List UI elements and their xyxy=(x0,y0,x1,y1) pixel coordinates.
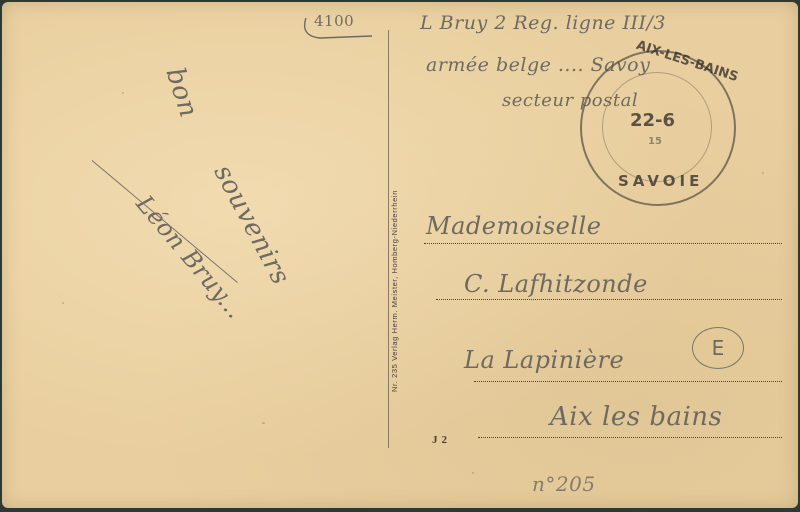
postcard-back: 4100 Nr. 235 Verlag Herm. Meister, Hombe… xyxy=(2,2,798,508)
paper-speck xyxy=(472,472,474,474)
postmark: AIX-LES-BAINS 22-6 15 SAVOIE xyxy=(580,50,736,206)
message-line-2: souvenirs xyxy=(208,160,296,290)
underline-swoosh-icon xyxy=(298,16,378,44)
address-rule-3 xyxy=(474,381,782,382)
postmark-department: SAVOIE xyxy=(618,172,703,190)
recipient-line-3: La Lapinière xyxy=(464,346,624,374)
postmark-date: 22-6 xyxy=(630,110,675,131)
address-rule-1 xyxy=(424,243,782,244)
paper-speck xyxy=(122,92,124,94)
paper-speck xyxy=(762,172,764,174)
printed-code: J 2 xyxy=(432,434,448,446)
paper-speck xyxy=(262,422,265,424)
center-divider xyxy=(388,30,389,448)
publisher-imprint: Nr. 235 Verlag Herm. Meister, Homberg-Ni… xyxy=(390,190,399,392)
paper-speck xyxy=(62,302,64,304)
postmark-year: 15 xyxy=(648,136,662,147)
sender-line-1: L Bruy 2 Reg. ligne III/3 xyxy=(420,12,666,34)
circled-mark: E xyxy=(692,327,744,369)
address-rule-2 xyxy=(436,299,782,300)
recipient-line-4: Aix les bains xyxy=(550,402,722,432)
bottom-pencil-number: n°205 xyxy=(532,472,596,496)
recipient-line-2: C. Lafhitzonde xyxy=(464,270,648,298)
message-line-1: bon xyxy=(159,64,203,121)
address-rule-4 xyxy=(478,437,782,438)
recipient-line-1: Mademoiselle xyxy=(426,212,601,240)
